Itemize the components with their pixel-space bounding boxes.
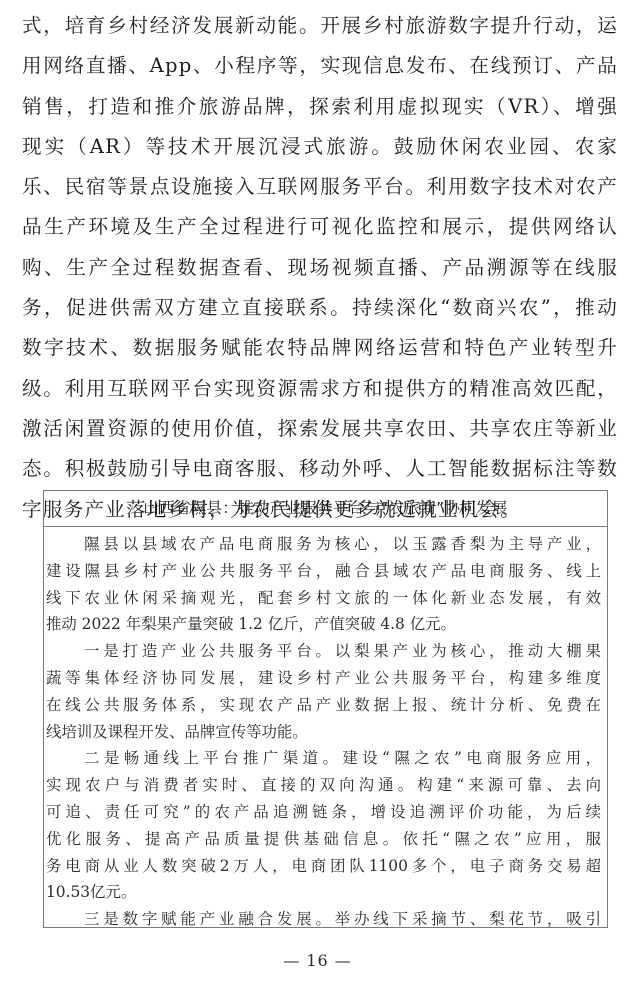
text-line: 销售，打造和推介旅游品牌，探索利用虚拟现实（VR）、增强: [22, 87, 618, 127]
case-line: 实现农户与消费者实时、直接的双向沟通。构建“来源可靠、去向: [46, 772, 605, 799]
case-study-box: 山西省隰县：推动产业服务平台与“农旅商”协同发展 隰县以县域农产品电商服务为核心…: [43, 490, 608, 928]
case-study-title: 山西省隰县：推动产业服务平台与“农旅商”协同发展: [44, 491, 607, 527]
text-line: 乐、民宿等景点设施接入互联网服务平台。利用数字技术对农产: [22, 167, 618, 207]
text-line: 式，培育乡村经济发展新动能。开展乡村旅游数字提升行动，运: [22, 6, 618, 46]
body-paragraph: 式，培育乡村经济发展新动能。开展乡村旅游数字提升行动，运 用网络直播、App、小…: [22, 6, 618, 530]
text-line: 态。积极鼓励引导电商客服、移动外呼、人工智能数据标注等数: [22, 449, 618, 489]
case-line: 线培训及课程开发、品牌宣传等功能。: [46, 719, 605, 746]
case-line: 10.53亿元。: [46, 879, 605, 906]
case-line: 蔬等集体经济协同发展，建设乡村产业公共服务平台，构建多维度: [46, 665, 605, 692]
case-line: 二是畅通线上平台推广渠道。建设“隰之农”电商服务应用，: [46, 745, 605, 772]
text-line: 级。利用互联网平台实现资源需求方和提供方的精准高效匹配，: [22, 369, 618, 409]
text-line: 务，促进供需双方建立直接联系。持续深化“数商兴农”，推动: [22, 288, 618, 328]
case-line: 三是数字赋能产业融合发展。举办线下采摘节、梨花节，吸引: [46, 906, 605, 933]
case-line: 线下农业休闲采摘观光，配套乡村文旅的一体化新业态发展，有效: [46, 585, 605, 612]
text-line: 现实（AR）等技术开展沉浸式旅游。鼓励休闲农业园、农家: [22, 127, 618, 167]
case-line: 推动 2022 年梨果产量突破 1.2 亿斤，产值突破 4.8 亿元。: [46, 611, 605, 638]
case-study-body: 隰县以县域农产品电商服务为核心，以玉露香梨为主导产业， 建设隰县乡村产业公共服务…: [44, 527, 607, 933]
text-line: 品生产环境及生产全过程进行可视化监控和展示，提供网络认: [22, 207, 618, 247]
text-line: 购、生产全过程数据查看、现场视频直播、产品溯源等在线服: [22, 248, 618, 288]
case-line: 在线公共服务体系，实现农产品产业数据上报、统计分析、免费在: [46, 692, 605, 719]
text-line: 数字技术、数据服务赋能农特品牌网络运营和特色产业转型升: [22, 328, 618, 368]
text-line: 激活闲置资源的使用价值，探索发展共享农田、共享农庄等新业: [22, 409, 618, 449]
case-line: 建设隰县乡村产业公共服务平台，融合县域农产品电商服务、线上: [46, 558, 605, 585]
case-line: 优化服务、提高产品质量提供基础信息。依托“隰之农”应用，服: [46, 826, 605, 853]
page-number: — 16 —: [0, 951, 635, 970]
case-line: 隰县以县域农产品电商服务为核心，以玉露香梨为主导产业，: [46, 531, 605, 558]
case-line: 一是打造产业公共服务平台。以梨果产业为核心，推动大棚果: [46, 638, 605, 665]
case-line: 可追、责任可究”的农产品追溯链条，增设追溯评价功能，为后续: [46, 799, 605, 826]
case-line: 务电商从业人数突破2万人，电商团队1100多个，电子商务交易超: [46, 853, 605, 880]
text-line: 用网络直播、App、小程序等，实现信息发布、在线预订、产品: [22, 46, 618, 86]
